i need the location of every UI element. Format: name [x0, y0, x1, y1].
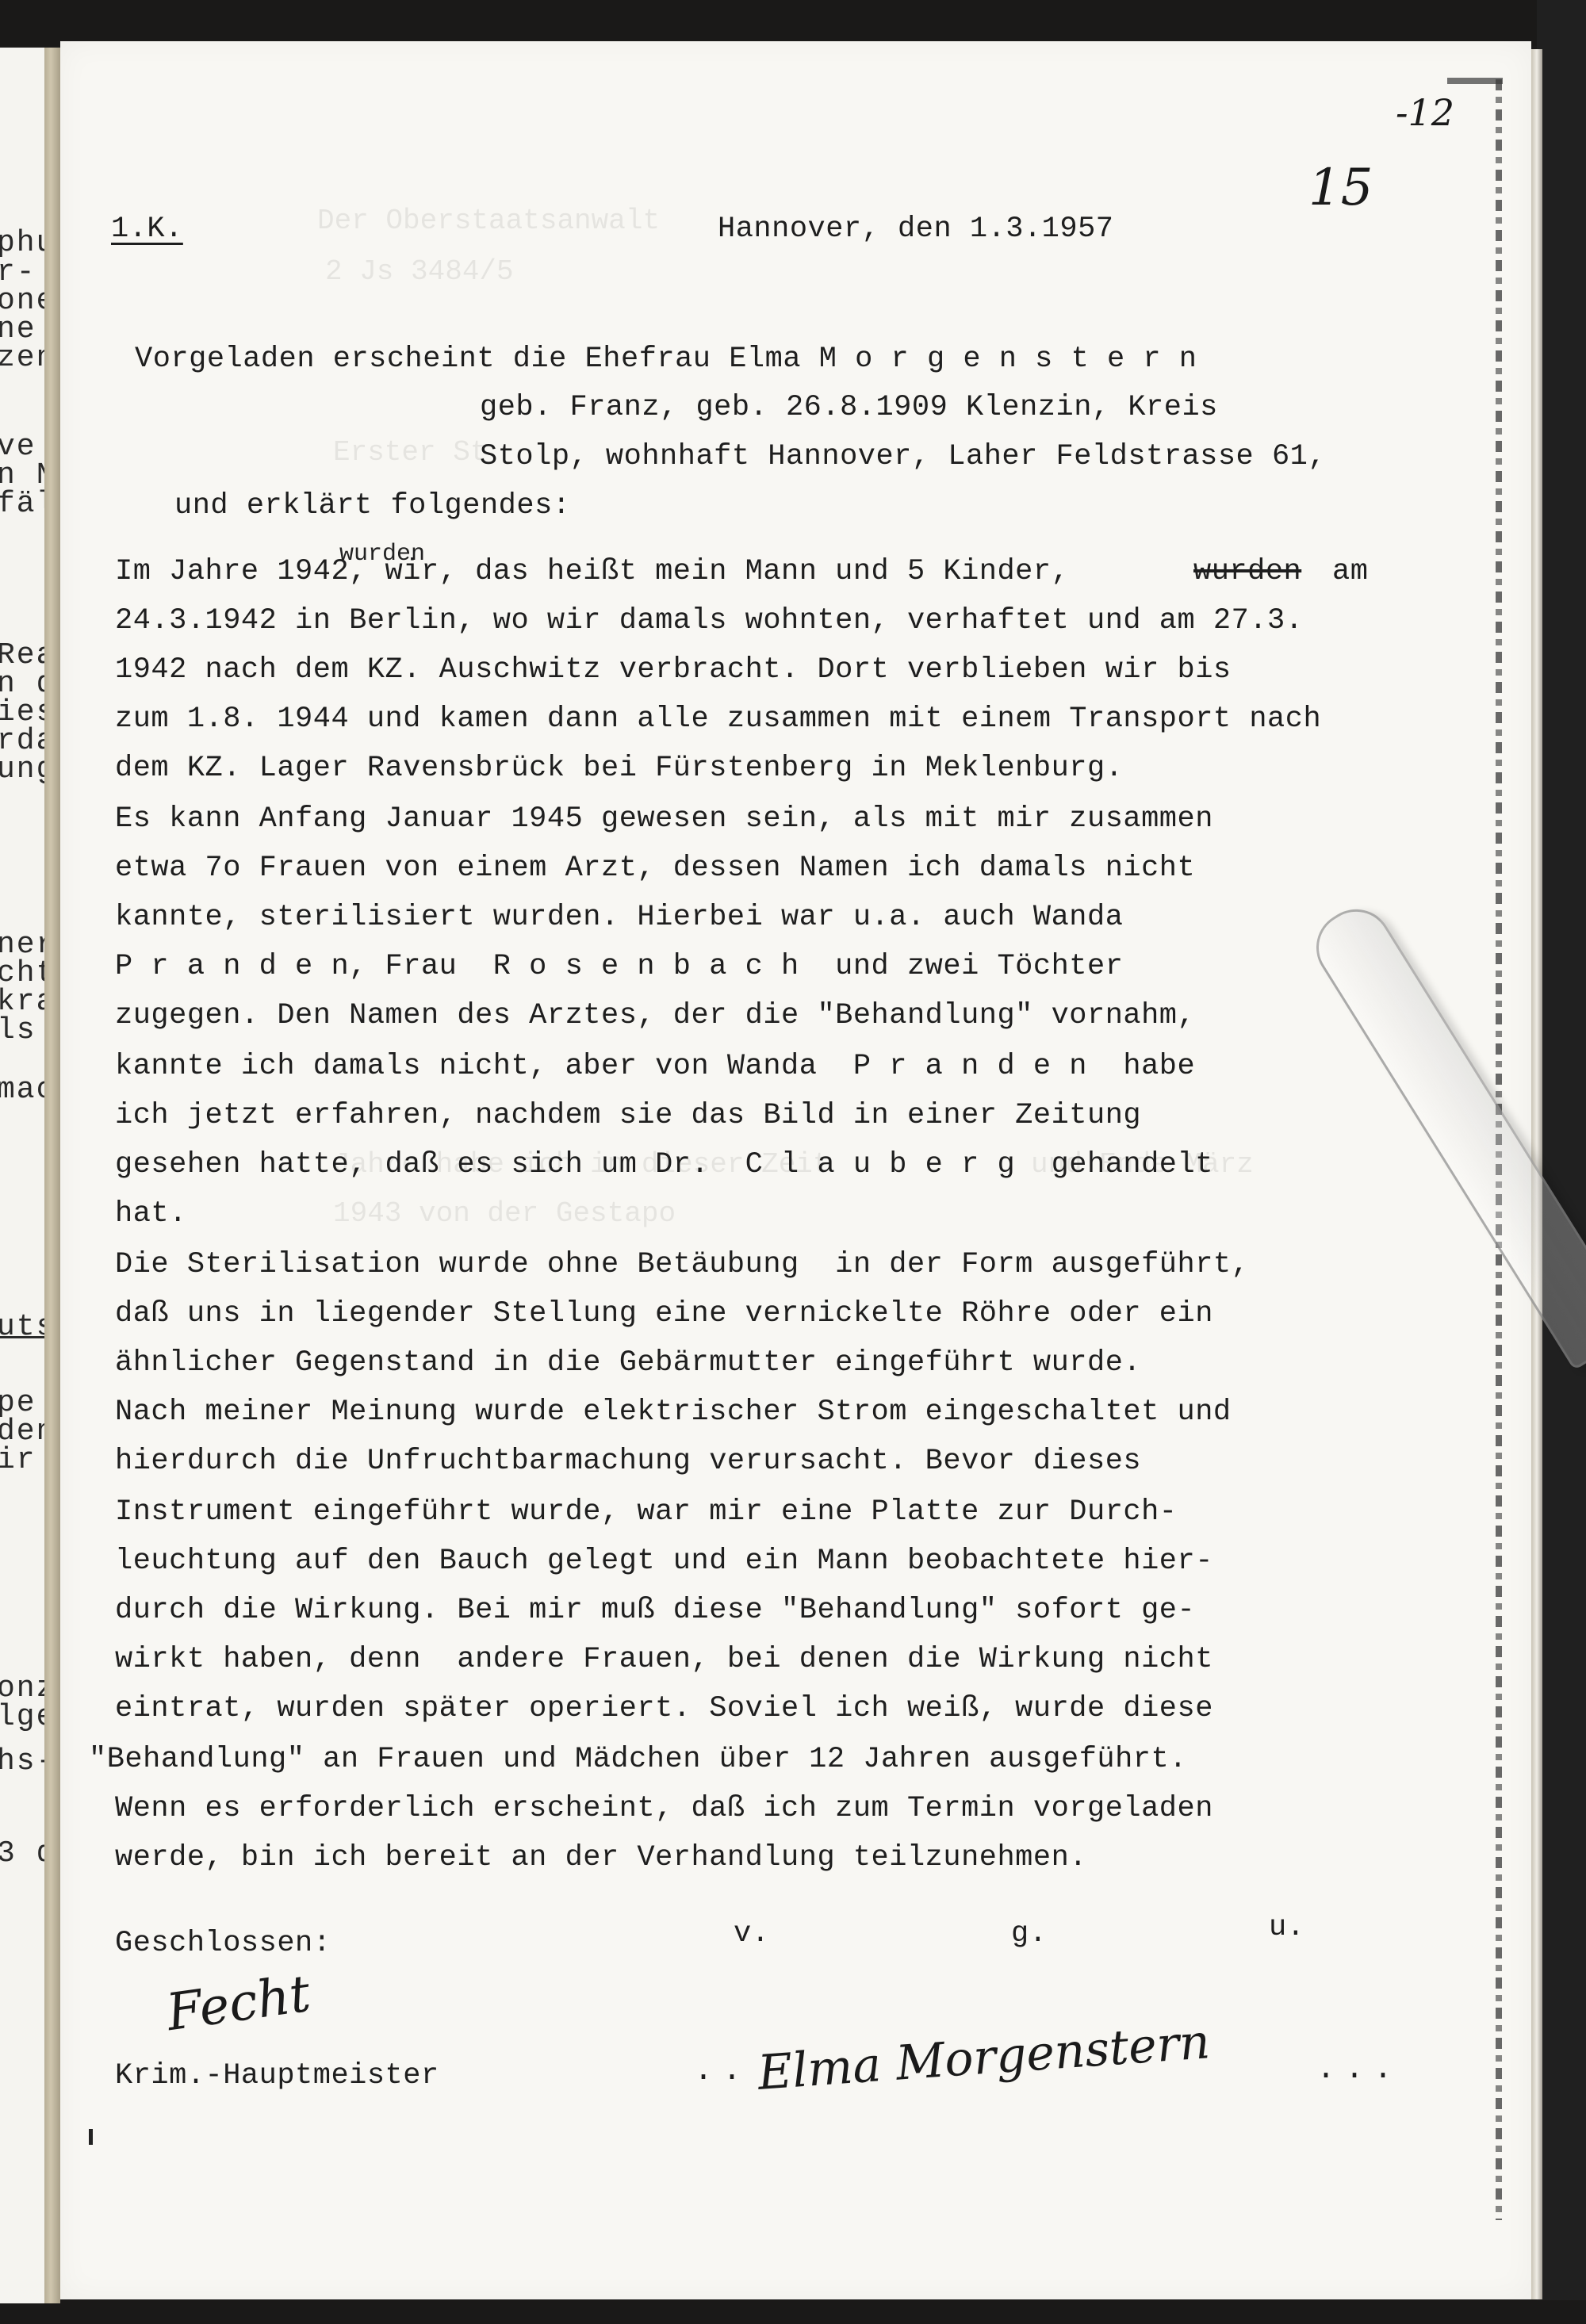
intro-line-1: Vorgeladen erscheint die Ehefrau Elma M … [135, 343, 1197, 376]
body-line: kannte, sterilisiert wurden. Hierbei war… [115, 901, 1123, 934]
body-line: dem KZ. Lager Ravensbrück bei Fürstenber… [115, 752, 1123, 785]
body-line: Im Jahre 1942, wir, das heißt mein Mann … [115, 555, 1069, 588]
body-line: etwa 7o Frauen von einem Arzt, dessen Na… [115, 852, 1195, 885]
body-line: 1942 nach dem KZ. Auschwitz verbracht. D… [115, 653, 1232, 687]
body-line: eintrat, wurden später operiert. Soviel … [115, 1692, 1213, 1725]
place-date: Hannover, den 1.3.1957 [718, 212, 1113, 246]
left-page-fragment: ls [0, 1013, 36, 1047]
intro-line-2: geb. Franz, geb. 26.8.1909 Klenzin, Krei… [480, 391, 1218, 424]
body-line-suffix: am [1332, 555, 1368, 588]
body-line: Nach meiner Meinung wurde elektrischer S… [115, 1396, 1232, 1429]
body-line: Wenn es erforderlich erscheint, daß ich … [115, 1792, 1213, 1825]
left-page-fragment: 3 d [0, 1836, 44, 1870]
body-line: kannte ich damals nicht, aber von Wanda … [115, 1050, 1195, 1083]
signature-dots-right: ... [1316, 2052, 1402, 2088]
margin-mark [89, 2129, 93, 2145]
body-line: Es kann Anfang Januar 1945 gewesen sein,… [115, 802, 1213, 836]
show-through-text: Der Oberstaatsanwalt [317, 205, 660, 237]
body-line: hat. [115, 1197, 187, 1231]
body-line: zugegen. Den Namen des Arztes, der die "… [115, 999, 1195, 1032]
officer-title: Krim.-Hauptmeister [115, 2059, 439, 2092]
show-through-text: Erster St [333, 436, 487, 469]
handwritten-page-number: -12 [1396, 91, 1454, 134]
signature-dots-left: .. [694, 2054, 751, 2089]
show-through-text: 2 Js 3484/5 [325, 255, 514, 288]
left-page-fragment: lge [0, 1700, 44, 1734]
body-line: ähnlicher Gegenstand in die Gebärmutter … [115, 1346, 1141, 1380]
left-page-fragment: ir [0, 1443, 36, 1477]
left-page-fragment: fäl [0, 487, 44, 521]
binding-gutter [44, 48, 60, 2303]
left-page-fragment: hs- [0, 1744, 44, 1778]
vgu-u: u. [1269, 1911, 1304, 1944]
closing-label: Geschlossen: [115, 1927, 331, 1960]
body-line: ich jetzt erfahren, nachdem sie das Bild… [115, 1099, 1141, 1132]
copy-corner-mark [1447, 78, 1503, 84]
vgu-v: v. [734, 1917, 769, 1951]
body-line: leuchtung auf den Bauch gelegt und ein M… [115, 1545, 1213, 1578]
body-line: wirkt haben, denn andere Frauen, bei den… [115, 1643, 1213, 1676]
left-page-fragment: uts [0, 1310, 44, 1344]
vgu-g: g. [1011, 1917, 1047, 1951]
body-line: zum 1.8. 1944 und kamen dann alle zusamm… [115, 703, 1321, 736]
body-line: Die Sterilisation wurde ohne Betäubung i… [115, 1248, 1249, 1281]
reference-mark: 1.K. [111, 212, 183, 246]
body-line: "Behandlung" an Frauen und Mädchen über … [89, 1743, 1187, 1776]
body-line: gesehen hatte, daß es sich um Dr. C l a … [115, 1148, 1213, 1181]
background-surface-bottom [0, 2300, 1586, 2324]
handwritten-folio-number: 15 [1308, 159, 1373, 217]
body-line: P r a n d e n, Frau R o s e n b a c h un… [115, 950, 1123, 983]
left-page-fragment: ung [0, 752, 44, 787]
intro-line-3: Stolp, wohnhaft Hannover, Laher Feldstra… [480, 440, 1326, 473]
body-line: werde, bin ich bereit an der Verhandlung… [115, 1841, 1087, 1874]
adjacent-page-left: phu r- one ne zen ve n N fäl Rea n d ies… [0, 48, 44, 2303]
left-page-fragment: zen [0, 341, 44, 375]
struck-word: wurden [1193, 555, 1301, 588]
body-line: daß uns in liegender Stellung eine verni… [115, 1297, 1213, 1330]
intro-line-4: und erklärt folgendes: [174, 489, 570, 523]
show-through-text: 1943 von der Gestapo [333, 1197, 676, 1230]
background-surface-right [1537, 0, 1586, 2324]
body-line: Instrument eingeführt wurde, war mir ein… [115, 1495, 1178, 1529]
body-line: durch die Wirkung. Bei mir muß diese "Be… [115, 1594, 1195, 1627]
left-page-fragment: mac [0, 1073, 44, 1107]
body-line: 24.3.1942 in Berlin, wo wir damals wohnt… [115, 604, 1303, 637]
background-surface-top [0, 0, 1586, 46]
body-line: hierdurch die Unfruchtbarmachung verursa… [115, 1445, 1141, 1478]
